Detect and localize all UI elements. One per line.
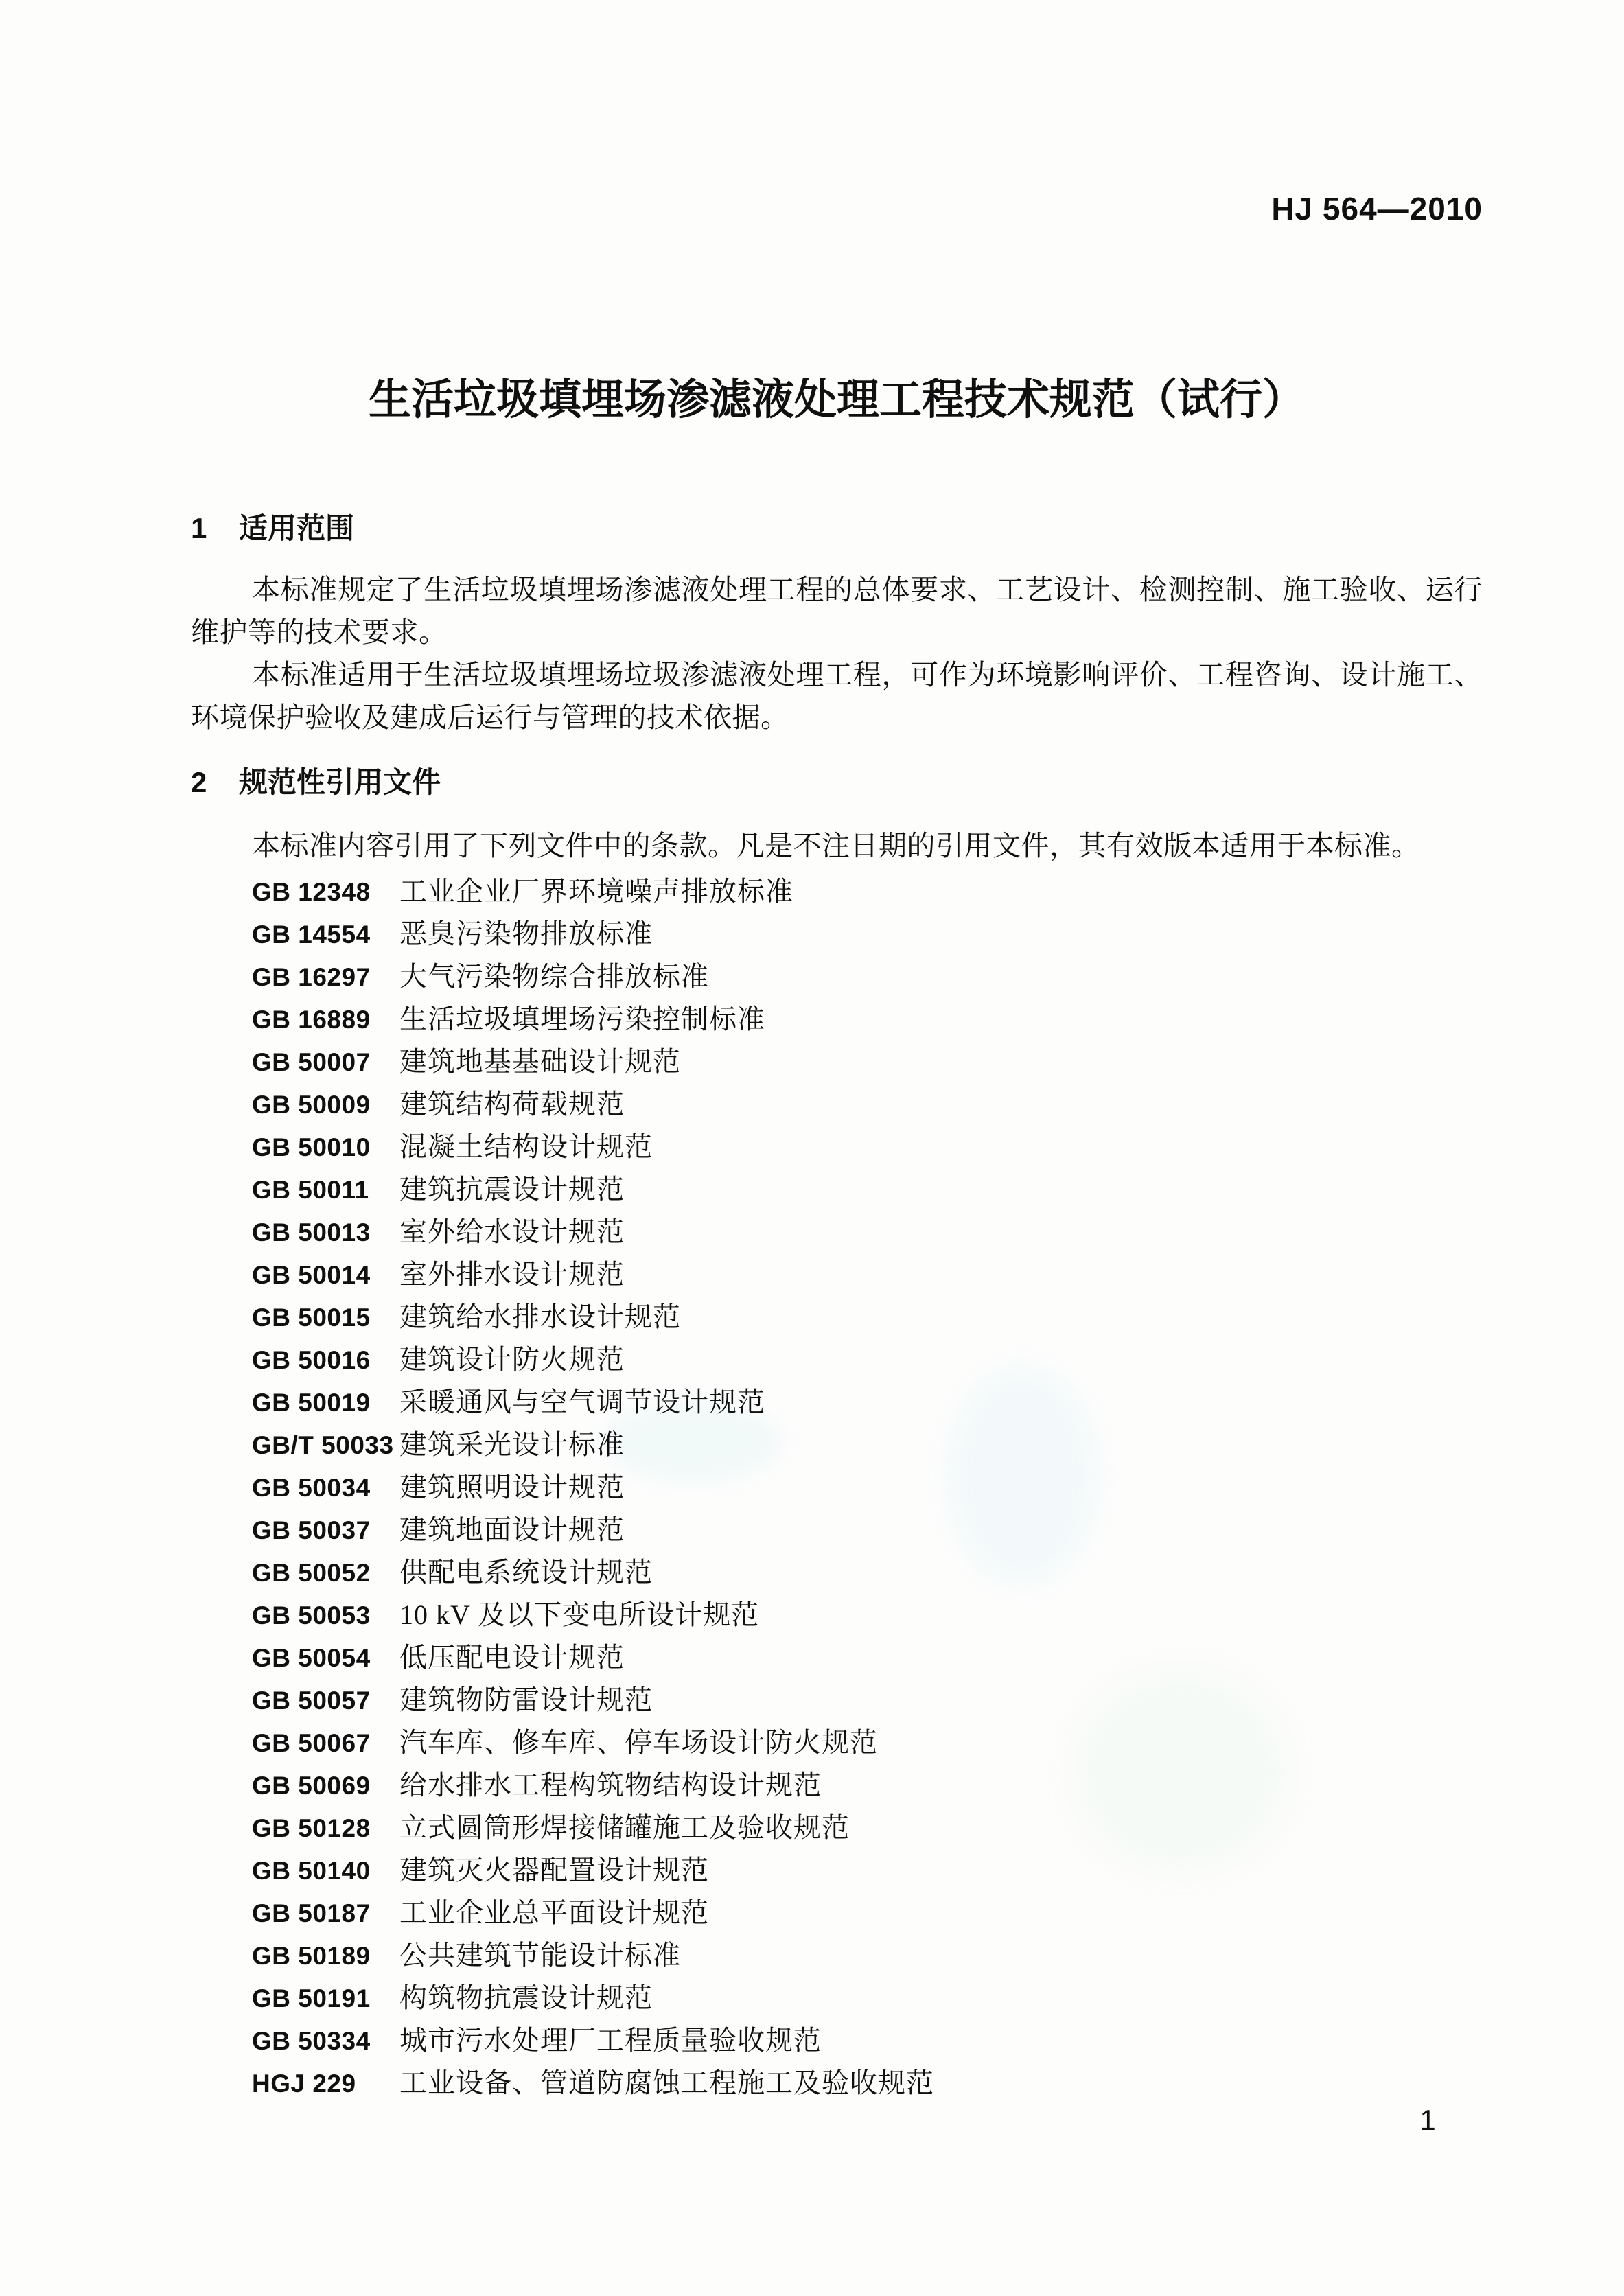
reference-row: GB 50334 城市污水处理厂工程质量验收规范 [252, 2019, 1483, 2062]
reference-name: 建筑设计防火规范 [399, 1338, 625, 1381]
section-1-number: 1 [191, 512, 239, 545]
reference-row: GB 16889 生活垃圾填埋场污染控制标准 [252, 998, 1483, 1041]
reference-name: 立式圆筒形焊接储罐施工及验收规范 [399, 1807, 850, 1849]
reference-row: GB/T 50033 建筑采光设计标准 [252, 1424, 1483, 1466]
section-2-number: 2 [191, 766, 239, 799]
reference-code: GB 50140 [252, 1850, 399, 1892]
reference-row: GB 50067 汽车库、修车库、停车场设计防火规范 [252, 1721, 1483, 1764]
reference-row: GB 50037 建筑地面设计规范 [252, 1509, 1483, 1551]
reference-code: GB 16297 [252, 956, 399, 999]
reference-code: GB 50191 [252, 1978, 399, 2020]
reference-code: GB 50014 [252, 1254, 399, 1297]
reference-row: GB 50034 建筑照明设计规范 [252, 1466, 1483, 1509]
reference-code: GB 50037 [252, 1509, 399, 1552]
section-1-body: 本标准规定了生活垃圾填埋场渗滤液处理工程的总体要求、工艺设计、检测控制、施工验收… [191, 568, 1483, 739]
reference-name: 建筑结构荷载规范 [399, 1083, 625, 1126]
paragraph: 本标准适用于生活垃圾填埋场垃圾渗滤液处理工程，可作为环境影响评价、工程咨询、设计… [191, 653, 1483, 739]
reference-row: GB 50140 建筑灭火器配置设计规范 [252, 1849, 1483, 1892]
reference-name: 恶臭污染物排放标准 [399, 913, 653, 955]
reference-code: GB 50019 [252, 1382, 399, 1424]
reference-name: 采暖通风与空气调节设计规范 [399, 1381, 765, 1424]
reference-name: 室外排水设计规范 [399, 1253, 625, 1296]
reference-name: 建筑地面设计规范 [399, 1509, 625, 1551]
reference-code: GB 50010 [252, 1126, 399, 1169]
paragraph: 本标准规定了生活垃圾填埋场渗滤液处理工程的总体要求、工艺设计、检测控制、施工验收… [191, 568, 1483, 653]
reference-name: 建筑照明设计规范 [399, 1466, 625, 1509]
reference-row: GB 50187 工业企业总平面设计规范 [252, 1892, 1483, 1934]
reference-row: GB 50014 室外排水设计规范 [252, 1253, 1483, 1296]
reference-code: GB 50007 [252, 1041, 399, 1084]
reference-name: 工业设备、管道防腐蚀工程施工及验收规范 [399, 2062, 934, 2104]
reference-row: GB 50015 建筑给水排水设计规范 [252, 1296, 1483, 1338]
document-title: 生活垃圾填埋场渗滤液处理工程技术规范（试行） [191, 375, 1483, 426]
section-2-heading: 2 规范性引用文件 [191, 766, 441, 799]
reference-name: 低压配电设计规范 [399, 1636, 625, 1679]
section-1-heading: 1 适用范围 [191, 512, 354, 545]
reference-name: 城市污水处理厂工程质量验收规范 [399, 2019, 822, 2062]
section-1-heading-label: 适用范围 [239, 512, 354, 545]
reference-row: GB 12348 工业企业厂界环境噪声排放标准 [252, 870, 1483, 913]
reference-name: 给水排水工程构筑物结构设计规范 [399, 1764, 822, 1807]
section-2-heading-label: 规范性引用文件 [239, 766, 441, 799]
reference-row: GB 50016 建筑设计防火规范 [252, 1338, 1483, 1381]
reference-name: 室外给水设计规范 [399, 1211, 625, 1253]
reference-code: GB 50053 [252, 1595, 399, 1637]
reference-code: GB 50057 [252, 1680, 399, 1722]
reference-row: GB 50052 供配电系统设计规范 [252, 1551, 1483, 1594]
section-2-body: 本标准内容引用了下列文件中的条款。凡是不注日期的引用文件，其有效版本适用于本标准… [191, 824, 1483, 867]
paragraph: 本标准内容引用了下列文件中的条款。凡是不注日期的引用文件，其有效版本适用于本标准… [191, 824, 1483, 867]
reference-name: 建筑灭火器配置设计规范 [399, 1849, 709, 1892]
page-number: 1 [1407, 2106, 1448, 2135]
reference-name: 生活垃圾填埋场污染控制标准 [399, 998, 765, 1041]
page-content: HJ 564—2010 生活垃圾填埋场渗滤液处理工程技术规范（试行） 1 适用范… [191, 0, 1483, 2296]
reference-code: GB 50016 [252, 1339, 399, 1382]
reference-list: GB 12348 工业企业厂界环境噪声排放标准 GB 14554 恶臭污染物排放… [252, 870, 1483, 2104]
reference-row: GB 50057 建筑物防雷设计规范 [252, 1679, 1483, 1721]
reference-name: 供配电系统设计规范 [399, 1551, 653, 1594]
reference-row: GB 50053 10 kV 及以下变电所设计规范 [252, 1594, 1483, 1636]
reference-code: GB 50034 [252, 1467, 399, 1509]
document-page: HJ 564—2010 生活垃圾填埋场渗滤液处理工程技术规范（试行） 1 适用范… [0, 0, 1624, 2296]
reference-code: GB 50334 [252, 2020, 399, 2063]
reference-row: GB 50054 低压配电设计规范 [252, 1636, 1483, 1679]
reference-code: GB 50011 [252, 1169, 399, 1211]
reference-row: GB 50010 混凝土结构设计规范 [252, 1126, 1483, 1168]
reference-row: GB 50189 公共建筑节能设计标准 [252, 1934, 1483, 1977]
reference-code: GB 50009 [252, 1084, 399, 1126]
reference-code: HGJ 229 [252, 2063, 399, 2105]
reference-name: 构筑物抗震设计规范 [399, 1977, 653, 2019]
reference-name: 工业企业总平面设计规范 [399, 1892, 709, 1934]
reference-code: GB 50069 [252, 1765, 399, 1807]
reference-code: GB 14554 [252, 914, 399, 956]
reference-row: GB 50128 立式圆筒形焊接储罐施工及验收规范 [252, 1807, 1483, 1849]
reference-row: GB 16297 大气污染物综合排放标准 [252, 955, 1483, 998]
reference-code: GB 50054 [252, 1637, 399, 1680]
reference-code: GB 50015 [252, 1297, 399, 1339]
reference-name: 大气污染物综合排放标准 [399, 955, 709, 998]
reference-code: GB 50052 [252, 1552, 399, 1595]
reference-code: GB 50189 [252, 1935, 399, 1978]
reference-name: 建筑地基基础设计规范 [399, 1041, 681, 1083]
reference-row: GB 14554 恶臭污染物排放标准 [252, 913, 1483, 955]
reference-code: GB 50128 [252, 1807, 399, 1850]
reference-code: GB 50187 [252, 1892, 399, 1935]
reference-name: 建筑抗震设计规范 [399, 1168, 625, 1211]
reference-code: GB 12348 [252, 871, 399, 914]
reference-row: GB 50019 采暖通风与空气调节设计规范 [252, 1381, 1483, 1424]
reference-row: GB 50191 构筑物抗震设计规范 [252, 1977, 1483, 2019]
reference-name: 10 kV 及以下变电所设计规范 [399, 1594, 759, 1636]
doc-number: HJ 564—2010 [1271, 193, 1483, 224]
reference-code: GB 16889 [252, 999, 399, 1041]
reference-row: HGJ 229 工业设备、管道防腐蚀工程施工及验收规范 [252, 2062, 1483, 2104]
reference-name: 工业企业厂界环境噪声排放标准 [399, 870, 793, 913]
reference-row: GB 50009 建筑结构荷载规范 [252, 1083, 1483, 1126]
reference-row: GB 50011 建筑抗震设计规范 [252, 1168, 1483, 1211]
reference-row: GB 50069 给水排水工程构筑物结构设计规范 [252, 1764, 1483, 1807]
reference-row: GB 50007 建筑地基基础设计规范 [252, 1041, 1483, 1083]
reference-name: 汽车库、修车库、停车场设计防火规范 [399, 1721, 878, 1764]
reference-name: 建筑物防雷设计规范 [399, 1679, 653, 1721]
reference-name: 混凝土结构设计规范 [399, 1126, 653, 1168]
reference-code: GB 50013 [252, 1211, 399, 1254]
reference-name: 建筑给水排水设计规范 [399, 1296, 681, 1338]
reference-name: 建筑采光设计标准 [399, 1424, 625, 1466]
reference-code: GB/T 50033 [252, 1424, 399, 1467]
reference-code: GB 50067 [252, 1722, 399, 1765]
reference-row: GB 50013 室外给水设计规范 [252, 1211, 1483, 1253]
reference-name: 公共建筑节能设计标准 [399, 1934, 681, 1977]
